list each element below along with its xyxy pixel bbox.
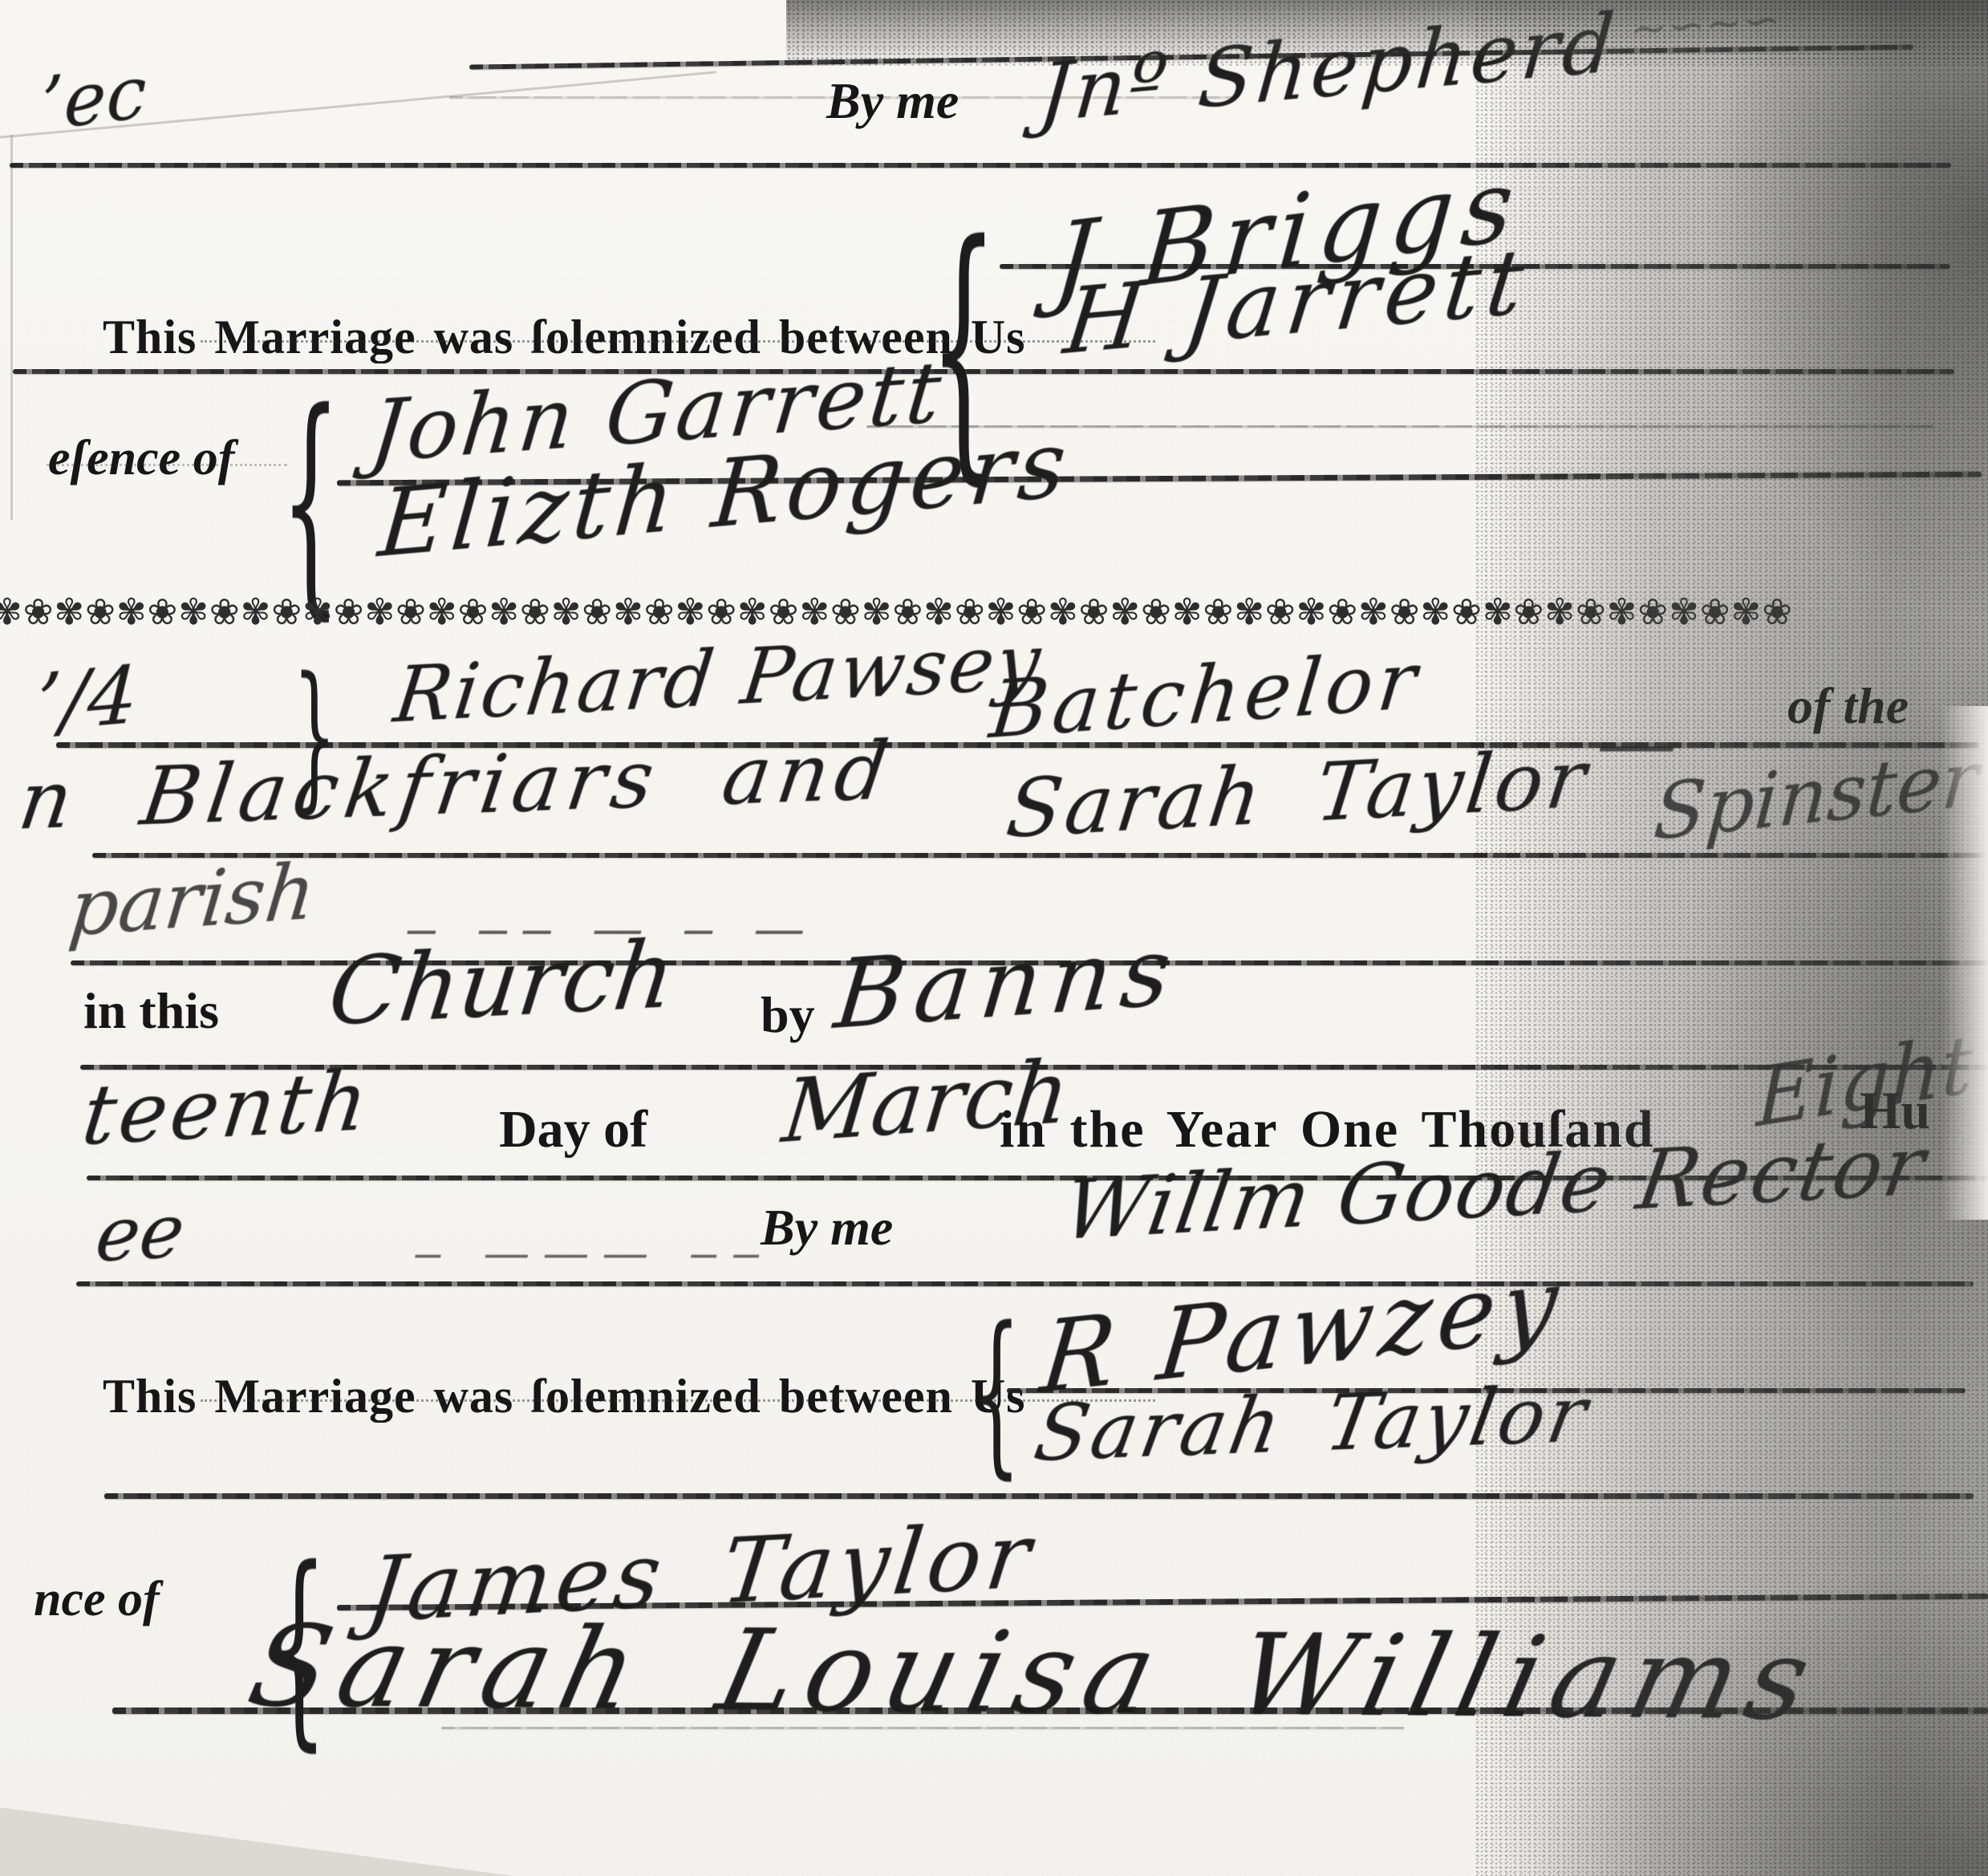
brace: { xyxy=(281,380,340,620)
presence-label: eſence of xyxy=(48,433,234,483)
ruled-line xyxy=(76,1281,1974,1286)
of-the-label: of the xyxy=(1787,680,1909,732)
groom-name: Richard Pawsey xyxy=(390,624,1046,735)
fee-dashes: ‒ ——— ‒‒ xyxy=(413,1229,774,1276)
by-me-label: By me xyxy=(826,75,959,127)
ruled-line xyxy=(10,163,1951,168)
minister-signature: Jnº Shepherd xyxy=(1036,2,1621,134)
page-left-edge xyxy=(10,135,13,520)
solemnized-label: This Marriage was ſolemnized between Us xyxy=(103,1372,1026,1420)
by-label: by xyxy=(761,989,815,1041)
witness-signature: Sarah Louisa Williams xyxy=(240,1611,1830,1737)
in-this-label: in this xyxy=(83,985,219,1037)
day-of-label: Day of xyxy=(499,1103,647,1156)
fee-written: ee xyxy=(92,1194,189,1273)
parish-word: parish xyxy=(66,853,319,948)
dotted-form-line xyxy=(201,340,1155,343)
bride-condition: Spinster xyxy=(1651,741,1981,853)
by-me-label: By me xyxy=(761,1202,893,1253)
ruled-line xyxy=(112,1707,1988,1714)
groom-condition: Batchelor xyxy=(987,641,1425,750)
ornament-separator: ✾❀✾❀✾❀✾❀✾❀✾❀✾❀✾❀✾❀✾❀✾❀✾❀✾❀✾❀✾❀✾❀✾❀✾❀✾❀✾❀… xyxy=(0,594,1793,630)
entry-number: ’/4 xyxy=(34,656,140,744)
dotted-form-line xyxy=(47,464,287,466)
bride-signature: Sarah Taylor xyxy=(1029,1375,1596,1472)
presence-label: nce of xyxy=(34,1574,160,1624)
method-written: Banns xyxy=(830,923,1184,1042)
margin-scrawl: ’ec xyxy=(40,56,147,142)
ruled-line xyxy=(104,1493,1974,1499)
ruled-line xyxy=(92,853,1986,858)
place-written: Church xyxy=(324,929,680,1040)
illegible-scrawl: ∼∽∼∽ xyxy=(1629,0,1782,53)
ruled-line-faint xyxy=(441,1727,1404,1729)
page-bottom-corner xyxy=(0,1800,513,1876)
brace: { xyxy=(972,1305,1020,1481)
bride-name: Sarah Taylor xyxy=(1003,738,1593,850)
marriage-register-scan: ∼∽∼∽ ’ec By me Jnº Shepherd This Marriag… xyxy=(0,0,1988,1876)
day-written: teenth xyxy=(78,1060,375,1158)
